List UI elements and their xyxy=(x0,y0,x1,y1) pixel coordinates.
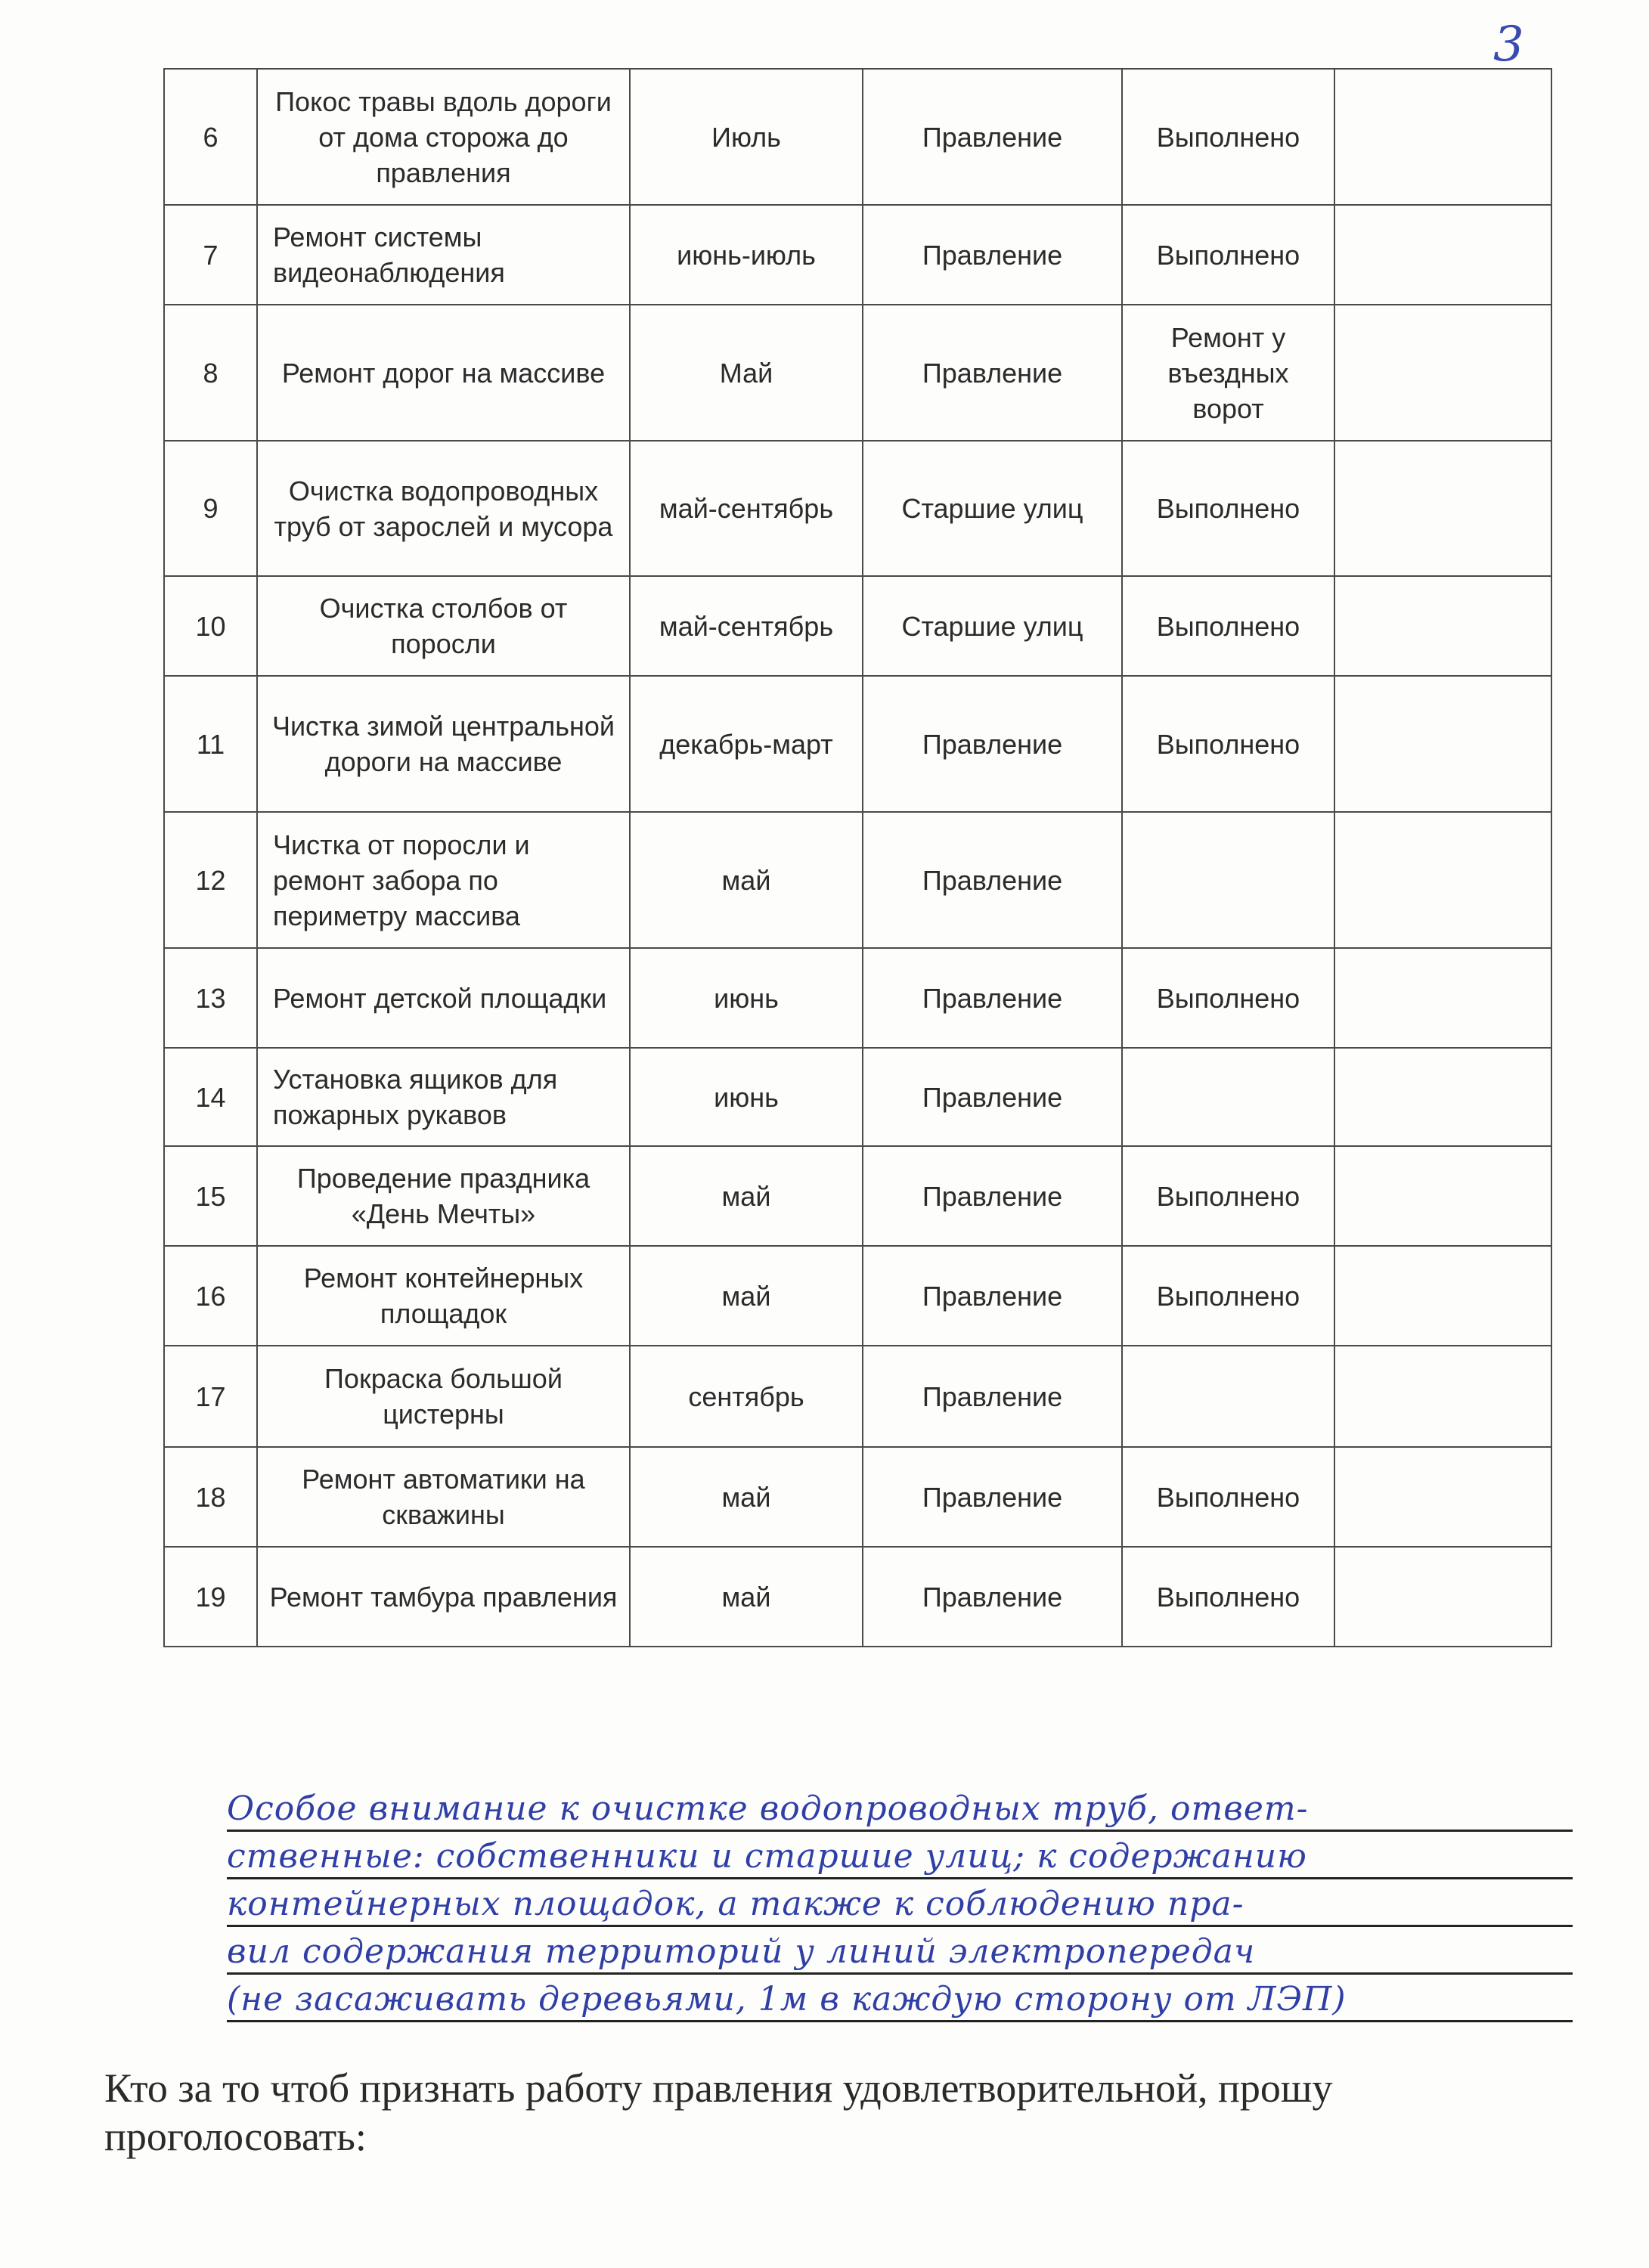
task-cell: Установка ящиков для пожарных рукавов xyxy=(257,1048,630,1146)
row-number: 10 xyxy=(164,576,257,676)
row-number: 11 xyxy=(164,676,257,812)
task-cell: Очистка водопроводных труб от зарослей и… xyxy=(257,441,630,576)
row-number: 19 xyxy=(164,1547,257,1647)
row-number: 14 xyxy=(164,1048,257,1146)
status-cell: Выполнено xyxy=(1122,1447,1334,1547)
task-cell: Ремонт дорог на массиве xyxy=(257,305,630,441)
period-cell: июнь xyxy=(630,948,863,1048)
responsible-cell: Правление xyxy=(863,1547,1122,1647)
table-row: 14Установка ящиков для пожарных рукавови… xyxy=(164,1048,1551,1146)
period-cell: май xyxy=(630,1447,863,1547)
table-row: 9Очистка водопроводных труб от зарослей … xyxy=(164,441,1551,576)
table-row: 17Покраска большой цистернысентябрьПравл… xyxy=(164,1346,1551,1447)
note-cell xyxy=(1334,1246,1551,1346)
note-cell xyxy=(1334,676,1551,812)
task-cell: Проведение праздника «День Мечты» xyxy=(257,1146,630,1246)
row-number: 16 xyxy=(164,1246,257,1346)
task-cell: Очистка столбов от поросли xyxy=(257,576,630,676)
responsible-cell: Правление xyxy=(863,69,1122,205)
responsible-cell: Старшие улиц xyxy=(863,441,1122,576)
status-cell: Ремонт у въездных ворот xyxy=(1122,305,1334,441)
status-cell xyxy=(1122,1048,1334,1146)
responsible-cell: Правление xyxy=(863,205,1122,305)
responsible-cell: Правление xyxy=(863,676,1122,812)
table-body: 6Покос травы вдоль дороги от дома сторож… xyxy=(164,69,1551,1647)
period-cell: май xyxy=(630,1547,863,1647)
table-row: 13Ремонт детской площадкииюньПравлениеВы… xyxy=(164,948,1551,1048)
responsible-cell: Правление xyxy=(863,305,1122,441)
responsible-cell: Правление xyxy=(863,1146,1122,1246)
page-number: 3 xyxy=(1493,17,1524,73)
status-cell: Выполнено xyxy=(1122,1146,1334,1246)
period-cell: май-сентябрь xyxy=(630,441,863,576)
table-row: 6Покос травы вдоль дороги от дома сторож… xyxy=(164,69,1551,205)
note-cell xyxy=(1334,1547,1551,1647)
table-row: 7Ремонт системы видеонаблюденияиюнь-июль… xyxy=(164,205,1551,305)
table-row: 19Ремонт тамбура правлениямайПравлениеВы… xyxy=(164,1547,1551,1647)
period-cell: июнь-июль xyxy=(630,205,863,305)
task-cell: Ремонт системы видеонаблюдения xyxy=(257,205,630,305)
task-cell: Покос травы вдоль дороги от дома сторожа… xyxy=(257,69,630,205)
handwritten-line: вил содержания территорий у линий электр… xyxy=(227,1927,1573,1975)
status-cell: Выполнено xyxy=(1122,576,1334,676)
status-cell: Выполнено xyxy=(1122,1547,1334,1647)
period-cell: декабрь-март xyxy=(630,676,863,812)
row-number: 18 xyxy=(164,1447,257,1547)
note-cell xyxy=(1334,948,1551,1048)
row-number: 6 xyxy=(164,69,257,205)
note-cell xyxy=(1334,1346,1551,1447)
responsible-cell: Правление xyxy=(863,1447,1122,1547)
row-number: 8 xyxy=(164,305,257,441)
row-number: 15 xyxy=(164,1146,257,1246)
handwritten-line: ственные: собственники и старшие улиц; к… xyxy=(227,1832,1573,1879)
note-cell xyxy=(1334,205,1551,305)
table-row: 8Ремонт дорог на массивеМайПравлениеРемо… xyxy=(164,305,1551,441)
table-row: 10Очистка столбов от порослимай-сентябрь… xyxy=(164,576,1551,676)
note-cell xyxy=(1334,576,1551,676)
responsible-cell: Правление xyxy=(863,1246,1122,1346)
responsible-cell: Правление xyxy=(863,1048,1122,1146)
note-cell xyxy=(1334,441,1551,576)
status-cell xyxy=(1122,1346,1334,1447)
period-cell: Май xyxy=(630,305,863,441)
table-row: 11Чистка зимой центральной дороги на мас… xyxy=(164,676,1551,812)
row-number: 9 xyxy=(164,441,257,576)
responsible-cell: Старшие улиц xyxy=(863,576,1122,676)
status-cell: Выполнено xyxy=(1122,441,1334,576)
status-cell: Выполнено xyxy=(1122,676,1334,812)
task-cell: Ремонт автоматики на скважины xyxy=(257,1447,630,1547)
handwritten-line: Особое внимание к очистке водопроводных … xyxy=(227,1784,1573,1832)
note-cell xyxy=(1334,812,1551,948)
handwritten-note: Особое внимание к очистке водопроводных … xyxy=(227,1784,1573,2022)
task-cell: Ремонт тамбура правления xyxy=(257,1547,630,1647)
responsible-cell: Правление xyxy=(863,1346,1122,1447)
note-cell xyxy=(1334,1447,1551,1547)
responsible-cell: Правление xyxy=(863,948,1122,1048)
note-cell xyxy=(1334,69,1551,205)
handwritten-line: (не засаживать деревьями, 1м в каждую ст… xyxy=(227,1975,1573,2022)
period-cell: сентябрь xyxy=(630,1346,863,1447)
task-cell: Покраска большой цистерны xyxy=(257,1346,630,1447)
status-cell xyxy=(1122,812,1334,948)
row-number: 12 xyxy=(164,812,257,948)
status-cell: Выполнено xyxy=(1122,205,1334,305)
note-cell xyxy=(1334,1048,1551,1146)
status-cell: Выполнено xyxy=(1122,1246,1334,1346)
period-cell: май xyxy=(630,1246,863,1346)
row-number: 13 xyxy=(164,948,257,1048)
task-cell: Чистка от поросли и ремонт забора по пер… xyxy=(257,812,630,948)
period-cell: май xyxy=(630,1146,863,1246)
table-row: 18Ремонт автоматики на скважинымайПравле… xyxy=(164,1447,1551,1547)
task-cell: Ремонт контейнерных площадок xyxy=(257,1246,630,1346)
table-row: 16Ремонт контейнерных площадокмайПравлен… xyxy=(164,1246,1551,1346)
status-cell: Выполнено xyxy=(1122,69,1334,205)
status-cell: Выполнено xyxy=(1122,948,1334,1048)
row-number: 7 xyxy=(164,205,257,305)
vote-prompt: Кто за то чтоб признать работу правления… xyxy=(104,2064,1579,2161)
note-cell xyxy=(1334,1146,1551,1246)
period-cell: июнь xyxy=(630,1048,863,1146)
period-cell: май-сентябрь xyxy=(630,576,863,676)
period-cell: май xyxy=(630,812,863,948)
handwritten-line: контейнерных площадок, а также к соблюде… xyxy=(227,1879,1573,1927)
table-row: 12Чистка от поросли и ремонт забора по п… xyxy=(164,812,1551,948)
task-cell: Чистка зимой центральной дороги на масси… xyxy=(257,676,630,812)
table-row: 15Проведение праздника «День Мечты»майПр… xyxy=(164,1146,1551,1246)
work-plan-table: 6Покос травы вдоль дороги от дома сторож… xyxy=(163,68,1552,1647)
note-cell xyxy=(1334,305,1551,441)
task-cell: Ремонт детской площадки xyxy=(257,948,630,1048)
period-cell: Июль xyxy=(630,69,863,205)
row-number: 17 xyxy=(164,1346,257,1447)
responsible-cell: Правление xyxy=(863,812,1122,948)
